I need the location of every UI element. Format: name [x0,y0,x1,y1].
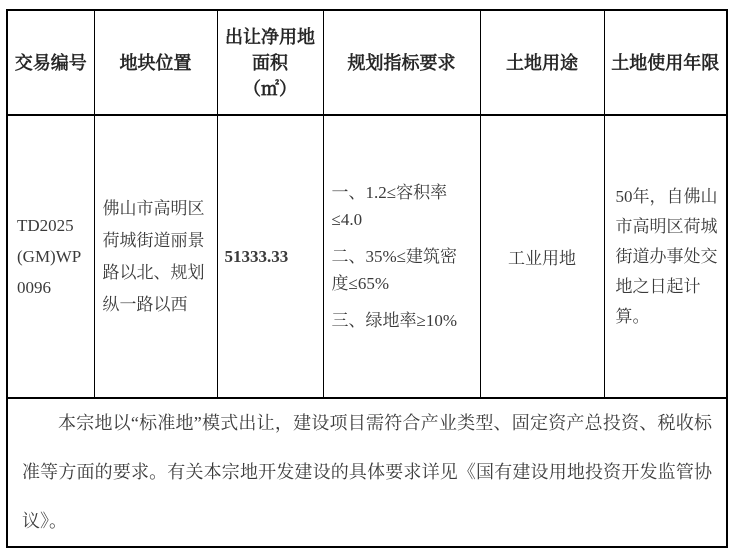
table-row: TD2025(GM)WP0096 佛山市高明区荷城街道丽景路以北、规划纵一路以西… [7,115,727,398]
planning-item-building-density: 二、35%≤建筑密度≤65% [332,243,474,297]
cell-land-use: 工业用地 [480,115,604,398]
col-header-land-use: 土地用途 [480,10,604,115]
footer-note-text: 本宗地以“标准地”模式出让，建设项目需符合产业类型、固定资产总投资、税收标准等方… [22,399,712,546]
table-header-row: 交易编号 地块位置 出让净用地面积 （㎡） 规划指标要求 土地用途 土地使用年限 [7,10,727,115]
footer-row: 本宗地以“标准地”模式出让，建设项目需符合产业类型、固定资产总投资、税收标准等方… [7,398,727,547]
cell-planning-requirements: 一、1.2≤容积率≤4.0 二、35%≤建筑密度≤65% 三、绿地率≥10% [323,115,480,398]
cell-plot-location: 佛山市高明区荷城街道丽景路以北、规划纵一路以西 [94,115,217,398]
footer-note-cell: 本宗地以“标准地”模式出让，建设项目需符合产业类型、固定资产总投资、税收标准等方… [7,398,727,547]
col-header-planning-requirements: 规划指标要求 [323,10,480,115]
cell-transaction-no: TD2025(GM)WP0096 [7,115,94,398]
col-header-land-use-term: 土地使用年限 [604,10,727,115]
land-parcel-table: 交易编号 地块位置 出让净用地面积 （㎡） 规划指标要求 土地用途 土地使用年限… [6,9,728,548]
planning-item-plot-ratio: 一、1.2≤容积率≤4.0 [332,179,474,233]
cell-net-land-area: 51333.33 [217,115,323,398]
cell-land-use-term: 50年，自佛山市高明区荷城街道办事处交地之日起计算。 [604,115,727,398]
col-header-net-land-area: 出让净用地面积 （㎡） [217,10,323,115]
col-header-plot-location: 地块位置 [94,10,217,115]
col-header-transaction-no: 交易编号 [7,10,94,115]
land-listing-page: 交易编号 地块位置 出让净用地面积 （㎡） 规划指标要求 土地用途 土地使用年限… [0,0,732,554]
planning-item-green-ratio: 三、绿地率≥10% [332,307,474,334]
